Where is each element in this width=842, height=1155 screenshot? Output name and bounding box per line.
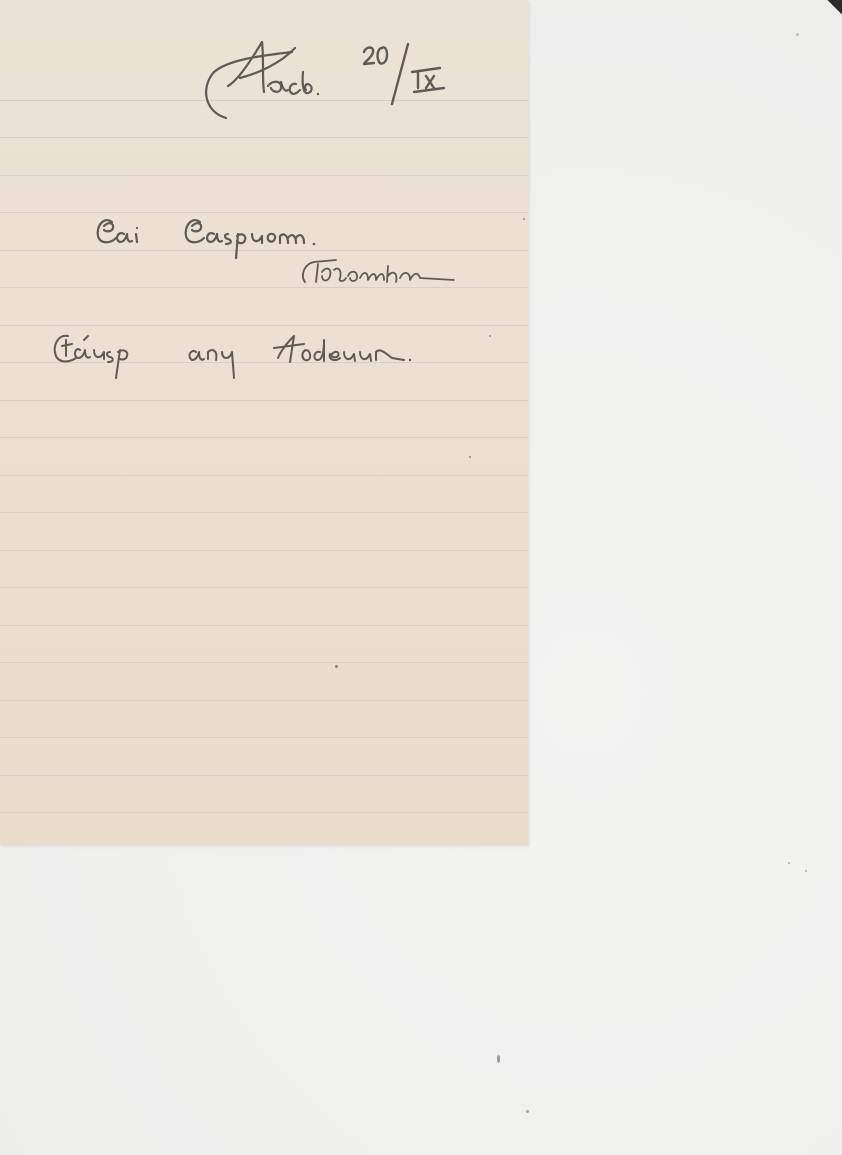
paper-speck [469,456,471,458]
paper-speck [523,218,525,220]
ruled-line [0,700,528,701]
ruled-line [0,662,528,663]
scanner-speck [796,33,799,36]
ruled-line [0,550,528,551]
ruled-line [0,250,528,251]
ruled-paper-sheet: Nacь. 20/IX Cai Caspuom. Kovenkov Čáusp … [0,0,528,845]
ruled-line [0,512,528,513]
ruled-line [0,587,528,588]
handwriting-strokes [0,0,528,845]
ruled-line [0,812,528,813]
ruled-line [0,362,528,363]
ruled-line [0,325,528,326]
ruled-line [0,475,528,476]
ruled-line [0,737,528,738]
ruled-line [0,287,528,288]
ruled-line [0,400,528,401]
ruled-line [0,137,528,138]
scanner-speck [497,1055,500,1063]
ruled-line [0,625,528,626]
ruled-line [0,175,528,176]
ruled-line [0,437,528,438]
scanner-speck [805,870,807,872]
paper-speck [335,665,338,668]
scanner-speck [526,1110,529,1113]
scanner-edge-shadow [826,0,842,16]
scanner-speck [788,862,790,864]
ruled-line [0,775,528,776]
paper-speck [489,335,491,337]
